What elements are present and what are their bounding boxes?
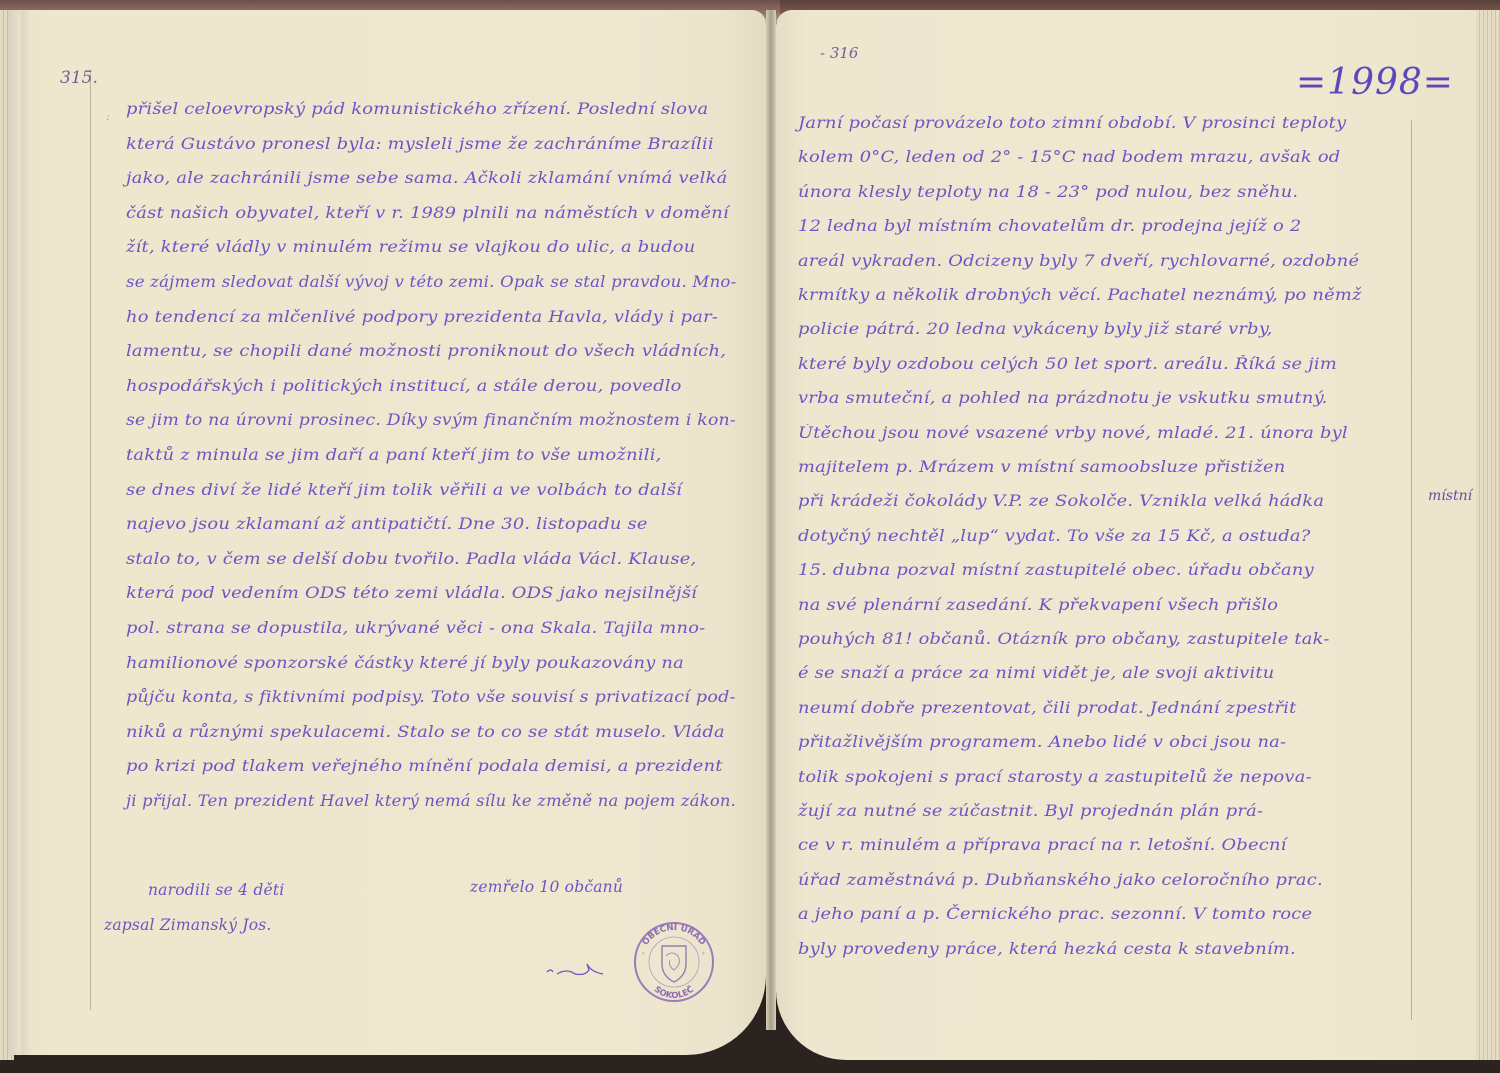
left-page: 315. : přišel celoevropský pád komunisti… — [8, 10, 766, 1055]
svg-text:OBECNÍ ÚŘAD: OBECNÍ ÚŘAD — [641, 921, 708, 947]
svg-text:*: * — [702, 952, 705, 958]
handwritten-line: se dnes diví že lidé kteří jim tolik věř… — [126, 483, 682, 499]
handwritten-line: krmítky a několik drobných věcí. Pachate… — [798, 288, 1362, 304]
handwritten-line: února klesly teploty na 18 - 23° pod nul… — [798, 185, 1298, 201]
handwritten-line: stalo to, v čem se delší dobu tvořilo. P… — [126, 552, 696, 568]
handwritten-line: majitelem p. Mrázem v místní samoobsluze… — [798, 460, 1285, 476]
handwritten-line: hamilionové sponzorské částky které jí b… — [126, 656, 684, 672]
deaths-note: zemřelo 10 občanů — [470, 880, 623, 896]
handwritten-line: která pod vedením ODS této zemi vládla. … — [126, 586, 697, 602]
handwritten-line: na své plenární zasedání. K překvapení v… — [798, 598, 1278, 614]
handwritten-line: úřad zaměstnává p. Dubňanského jako celo… — [798, 873, 1323, 889]
handwritten-line: Jarní počasí provázelo toto zimní období… — [798, 116, 1346, 132]
handwritten-line: přišel celoevropský pád komunistického z… — [126, 102, 708, 118]
handwritten-line: taktů z minula se jim daří a paní kteří … — [126, 448, 662, 464]
handwritten-line: se jim to na úrovni prosinec. Díky svým … — [126, 413, 736, 429]
handwritten-line: ce v r. minulém a příprava prací na r. l… — [798, 838, 1287, 854]
handwritten-line: areál vykraden. Odcizeny byly 7 dveří, r… — [798, 254, 1359, 270]
handwritten-line: přitažlivějším programem. Anebo lidé v o… — [798, 735, 1286, 751]
handwritten-line: policie pátrá. 20 ledna vykáceny byly ji… — [798, 322, 1273, 338]
handwritten-line: které byly ozdobou celých 50 let sport. … — [798, 357, 1337, 373]
page-stack-right — [1476, 10, 1500, 1060]
handwritten-line: dotyčný nechtěl „lup“ vydat. To vše za 1… — [798, 529, 1310, 545]
handwritten-line: pouhých 81! občanů. Otázník pro občany, … — [798, 632, 1330, 648]
handwritten-line: é se snaží a práce za nimi vidět je, ale… — [798, 666, 1274, 682]
margin-rule — [90, 70, 91, 1010]
handwritten-line: najevo jsou zklamaní až antipatičtí. Dne… — [126, 517, 648, 533]
recorder-note: zapsal Zimanský Jos. — [104, 918, 272, 934]
handwritten-line: a jeho paní a p. Černického prac. sezonn… — [798, 907, 1312, 923]
handwritten-line: žít, které vládly v minulém režimu se vl… — [126, 240, 695, 256]
marginal-note: místní — [1428, 488, 1472, 504]
handwritten-line: kolem 0°C, leden od 2° - 15°C nad bodem … — [798, 150, 1340, 166]
handwritten-line: tolik spokojeni s prací starosty a zastu… — [798, 770, 1312, 786]
handwritten-line: při krádeži čokolády V.P. ze Sokolče. Vz… — [798, 494, 1324, 510]
handwritten-line: pol. strana se dopustila, ukrývané věci … — [126, 621, 705, 637]
handwritten-line: jako, ale zachránili jsme sebe sama. Ačk… — [126, 171, 727, 187]
page-number-right: - 316 — [820, 44, 858, 62]
book-gutter — [766, 10, 776, 1030]
right-page: - 316 =1998= Jarní počasí provázelo toto… — [776, 10, 1476, 1060]
margin-dot: : — [106, 110, 110, 123]
signature-mark — [545, 960, 605, 982]
handwritten-line: niků a různými spekulacemi. Stalo se to … — [126, 725, 725, 741]
year-heading: =1998= — [1296, 62, 1454, 103]
handwritten-line: ho tendencí za mlčenlivé podpory prezide… — [126, 310, 718, 326]
handwritten-line: vrba smuteční, a pohled na prázdnotu je … — [798, 391, 1327, 407]
handwritten-line: žují za nutné se zúčastnit. Byl projedná… — [798, 804, 1263, 820]
handwritten-line: po krizi pod tlakem veřejného mínění pod… — [126, 759, 723, 775]
handwritten-line: 15. dubna pozval místní zastupitelé obec… — [798, 563, 1314, 579]
handwritten-line: půjču konta, s fiktivními podpisy. Toto … — [126, 690, 736, 706]
births-note: narodili se 4 děti — [148, 883, 284, 899]
stamp-top-text: OBECNÍ ÚŘAD — [641, 921, 708, 947]
margin-rule-right — [1411, 120, 1412, 1020]
handwritten-line: lamentu, se chopili dané možnosti pronik… — [126, 344, 726, 360]
handwritten-line: se zájmem sledovat další vývoj v této ze… — [126, 275, 736, 291]
handwritten-line: ji přijal. Ten prezident Havel který nem… — [126, 794, 736, 810]
handwritten-line: 12 ledna byl místním chovatelům dr. prod… — [798, 219, 1301, 235]
handwritten-line: hospodářských i politických institucí, a… — [126, 379, 682, 395]
municipal-stamp-icon: * * OBECNÍ ÚŘAD SOKOLEČ — [632, 920, 716, 1004]
svg-text:*: * — [642, 952, 645, 958]
page-number-left: 315. — [60, 68, 98, 88]
handwritten-line: Útěchou jsou nové vsazené vrby nové, mla… — [798, 426, 1348, 442]
handwritten-line: část našich obyvatel, kteří v r. 1989 pl… — [126, 206, 729, 222]
handwritten-line: neumí dobře prezentovat, čili prodat. Je… — [798, 701, 1297, 717]
handwritten-line: byly provedeny práce, která hezká cesta … — [798, 942, 1296, 958]
handwritten-line: která Gustávo pronesl byla: mysleli jsme… — [126, 137, 714, 153]
